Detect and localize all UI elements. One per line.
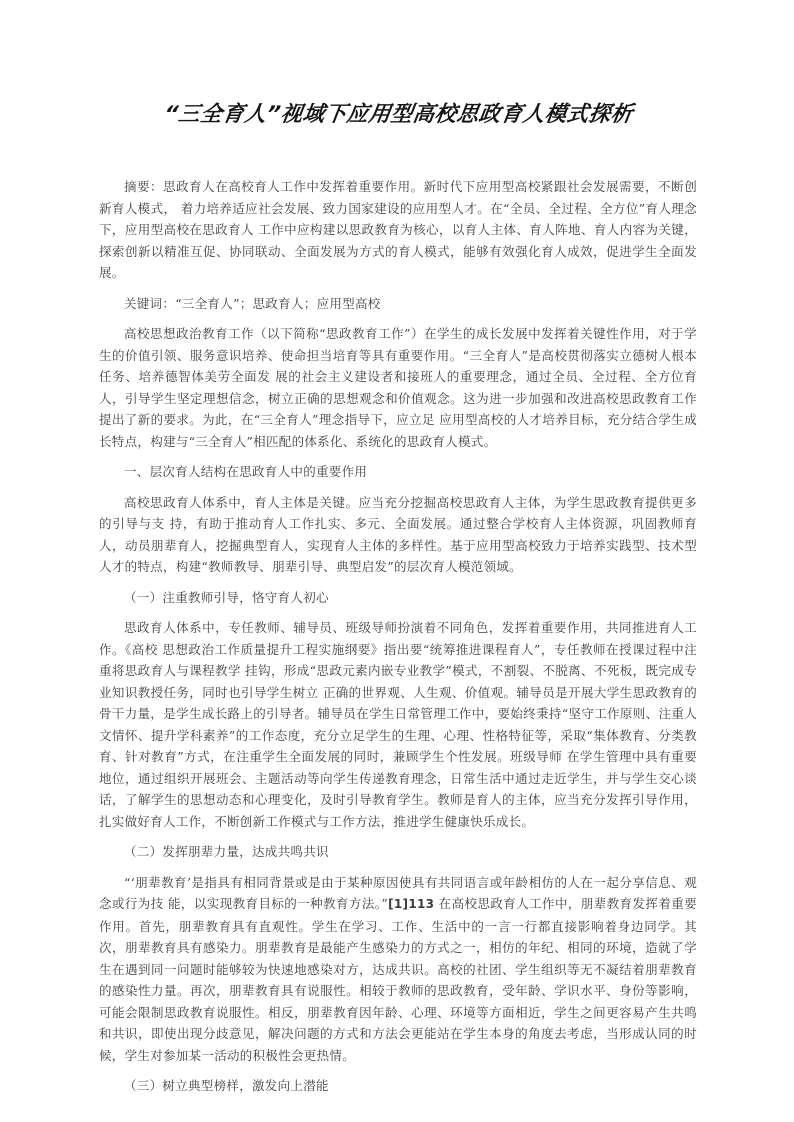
section-1-lead-paragraph: 高校思政育人体系中，育人主体是关键。应当充分挖掘高校思政育人主体，为学生思政教育…: [99, 492, 697, 578]
subsection-1-1-heading: （一）注重教师引导，恪守育人初心: [99, 587, 697, 609]
citation-marker: [1]113: [388, 897, 434, 911]
subsection-1-2-heading: （二）发挥朋辈力量，达成共鸣共识: [99, 841, 697, 863]
subsection-1-3-heading: （三）树立典型榜样，激发向上潜能: [99, 1075, 697, 1097]
keywords-line: 关键词：“三全育人”；思政育人；应用型高校: [99, 293, 697, 315]
section-1-heading: 一、层次育人结构在思政育人中的重要作用: [99, 461, 697, 483]
subsection-1-2-body-text: 在高校思政育人工作中，朋辈教育发挥着重要作用。首先，朋辈教育具有直观性。学生在学…: [99, 896, 697, 1063]
subsection-1-2-paragraph: “‘朋辈教育’是指具有相同背景或是由于某种原因使具有共同语言或年龄相仿的人在一起…: [99, 872, 697, 1067]
document-title-text: “三全育人”视域下应用型高校思政育人模式探析: [162, 100, 635, 130]
abstract-paragraph: 摘要：思政育人在高校育人工作中发挥着重要作用。新时代下应用型高校紧跟社会发展需要…: [99, 176, 697, 284]
document-title: “三全育人”视域下应用型高校思政育人模式探析: [99, 100, 697, 130]
document-page: “三全育人”视域下应用型高校思政育人模式探析 摘要：思政育人在高校育人工作中发挥…: [0, 0, 794, 1122]
subsection-1-1-paragraph: 思政育人体系中，专任教师、辅导员、班级导师扮演着不同角色，发挥着重要作用，共同推…: [99, 617, 697, 832]
intro-paragraph: 高校思想政治教育工作（以下简称“思政教育工作”）在学生的成长发展中发挥着关键性作…: [99, 323, 697, 452]
document-content: “三全育人”视域下应用型高校思政育人模式探析 摘要：思政育人在高校育人工作中发挥…: [99, 100, 697, 1106]
